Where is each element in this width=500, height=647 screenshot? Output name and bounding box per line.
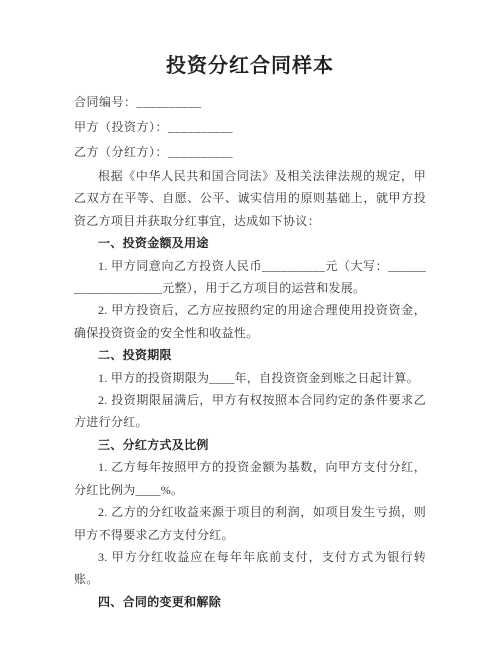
contract-document-page: 投资分红合同样本 合同编号：__________ 甲方（投资方）：_______…: [0, 0, 500, 647]
section-2-clause-1: 1. 甲方的投资期限为____年，自投资资金到账之日起计算。: [74, 367, 426, 389]
contract-meta-block: 合同编号：__________ 甲方（投资方）：__________ 乙方（分红…: [74, 90, 426, 165]
document-body: 合同编号：__________ 甲方（投资方）：__________ 乙方（分红…: [0, 90, 500, 613]
section-1-clause-2: 2. 甲方投资后，乙方应按照约定的用途合理使用投资资金，确保投资资金的安全性和收…: [74, 299, 426, 344]
preamble-paragraph: 根据《中华人民共和国合同法》及相关法律法规的规定，甲乙双方在平等、自愿、公平、诚…: [74, 165, 426, 232]
section-1-heading: 一、投资金额及用途: [74, 232, 426, 254]
contract-number-line: 合同编号：__________: [74, 90, 426, 115]
section-1-clause-1: 1. 甲方同意向乙方投资人民币__________元（大写：__________…: [74, 255, 426, 300]
document-title: 投资分红合同样本: [0, 52, 500, 80]
section-4-heading: 四、合同的变更和解除: [74, 591, 426, 613]
section-2-heading: 二、投资期限: [74, 344, 426, 366]
section-2-clause-2: 2. 投资期限届满后，甲方有权按照本合同约定的条件要求乙方进行分红。: [74, 389, 426, 434]
section-3-clause-2: 2. 乙方的分红收益来源于项目的利润，如项目发生亏损，则甲方不得要求乙方支付分红…: [74, 501, 426, 546]
party-a-line: 甲方（投资方）：__________: [74, 115, 426, 140]
section-3-heading: 三、分红方式及比例: [74, 434, 426, 456]
section-3-clause-3: 3. 甲方分红收益应在每年年底前支付，支付方式为银行转账。: [74, 546, 426, 591]
section-3-clause-1: 1. 乙方每年按照甲方的投资金额为基数，向甲方支付分红，分红比例为____%。: [74, 456, 426, 501]
party-b-line: 乙方（分红方）：__________: [74, 140, 426, 165]
